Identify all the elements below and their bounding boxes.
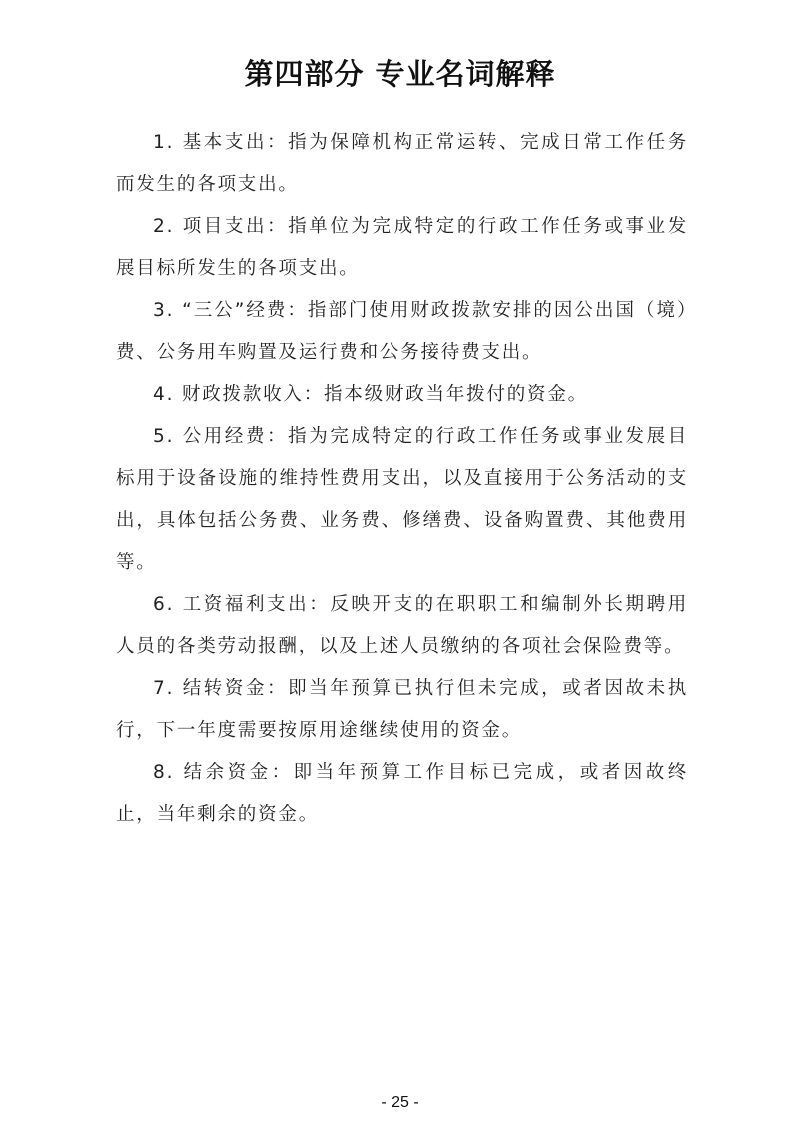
term-label: 4. 财政拨款收入： (153, 384, 324, 405)
glossary-item-3: 3. “三公”经费：指部门使用财政拨款安排的因公出国（境）费、公务用车购置及运行… (116, 290, 688, 374)
term-label: 8. 结余资金： (153, 762, 294, 783)
glossary-item-4: 4. 财政拨款收入：指本级财政当年拨付的资金。 (116, 374, 688, 416)
glossary-item-7: 7. 结转资金：即当年预算已执行但未完成，或者因故未执行，下一年度需要按原用途继… (116, 668, 688, 752)
page-title: 第四部分 专业名词解释 (0, 52, 800, 93)
term-definition: 指为完成特定的行政工作任务或事业发展目标用于设备设施的维持性费用支出，以及直接用… (116, 426, 688, 573)
glossary-list: 1. 基本支出：指为保障机构正常运转、完成日常工作任务而发生的各项支出。 2. … (116, 122, 688, 836)
term-label: 6. 工资福利支出： (153, 594, 330, 615)
term-definition: 指本级财政当年拨付的资金。 (324, 384, 588, 405)
glossary-item-6: 6. 工资福利支出：反映开支的在职职工和编制外长期聘用人员的各类劳动报酬，以及上… (116, 584, 688, 668)
term-label: 2. 项目支出： (153, 216, 288, 237)
term-label: 3. “三公”经费： (153, 300, 308, 321)
term-label: 1. 基本支出： (153, 132, 288, 153)
document-page: 第四部分 专业名词解释 1. 基本支出：指为保障机构正常运转、完成日常工作任务而… (0, 0, 800, 1131)
page-number: - 25 - (0, 1094, 800, 1112)
term-label: 5. 公用经费： (153, 426, 288, 447)
glossary-item-2: 2. 项目支出：指单位为完成特定的行政工作任务或事业发展目标所发生的各项支出。 (116, 206, 688, 290)
term-label: 7. 结转资金： (153, 678, 288, 699)
glossary-item-1: 1. 基本支出：指为保障机构正常运转、完成日常工作任务而发生的各项支出。 (116, 122, 688, 206)
glossary-item-5: 5. 公用经费：指为完成特定的行政工作任务或事业发展目标用于设备设施的维持性费用… (116, 416, 688, 584)
glossary-item-8: 8. 结余资金：即当年预算工作目标已完成，或者因故终止，当年剩余的资金。 (116, 752, 688, 836)
